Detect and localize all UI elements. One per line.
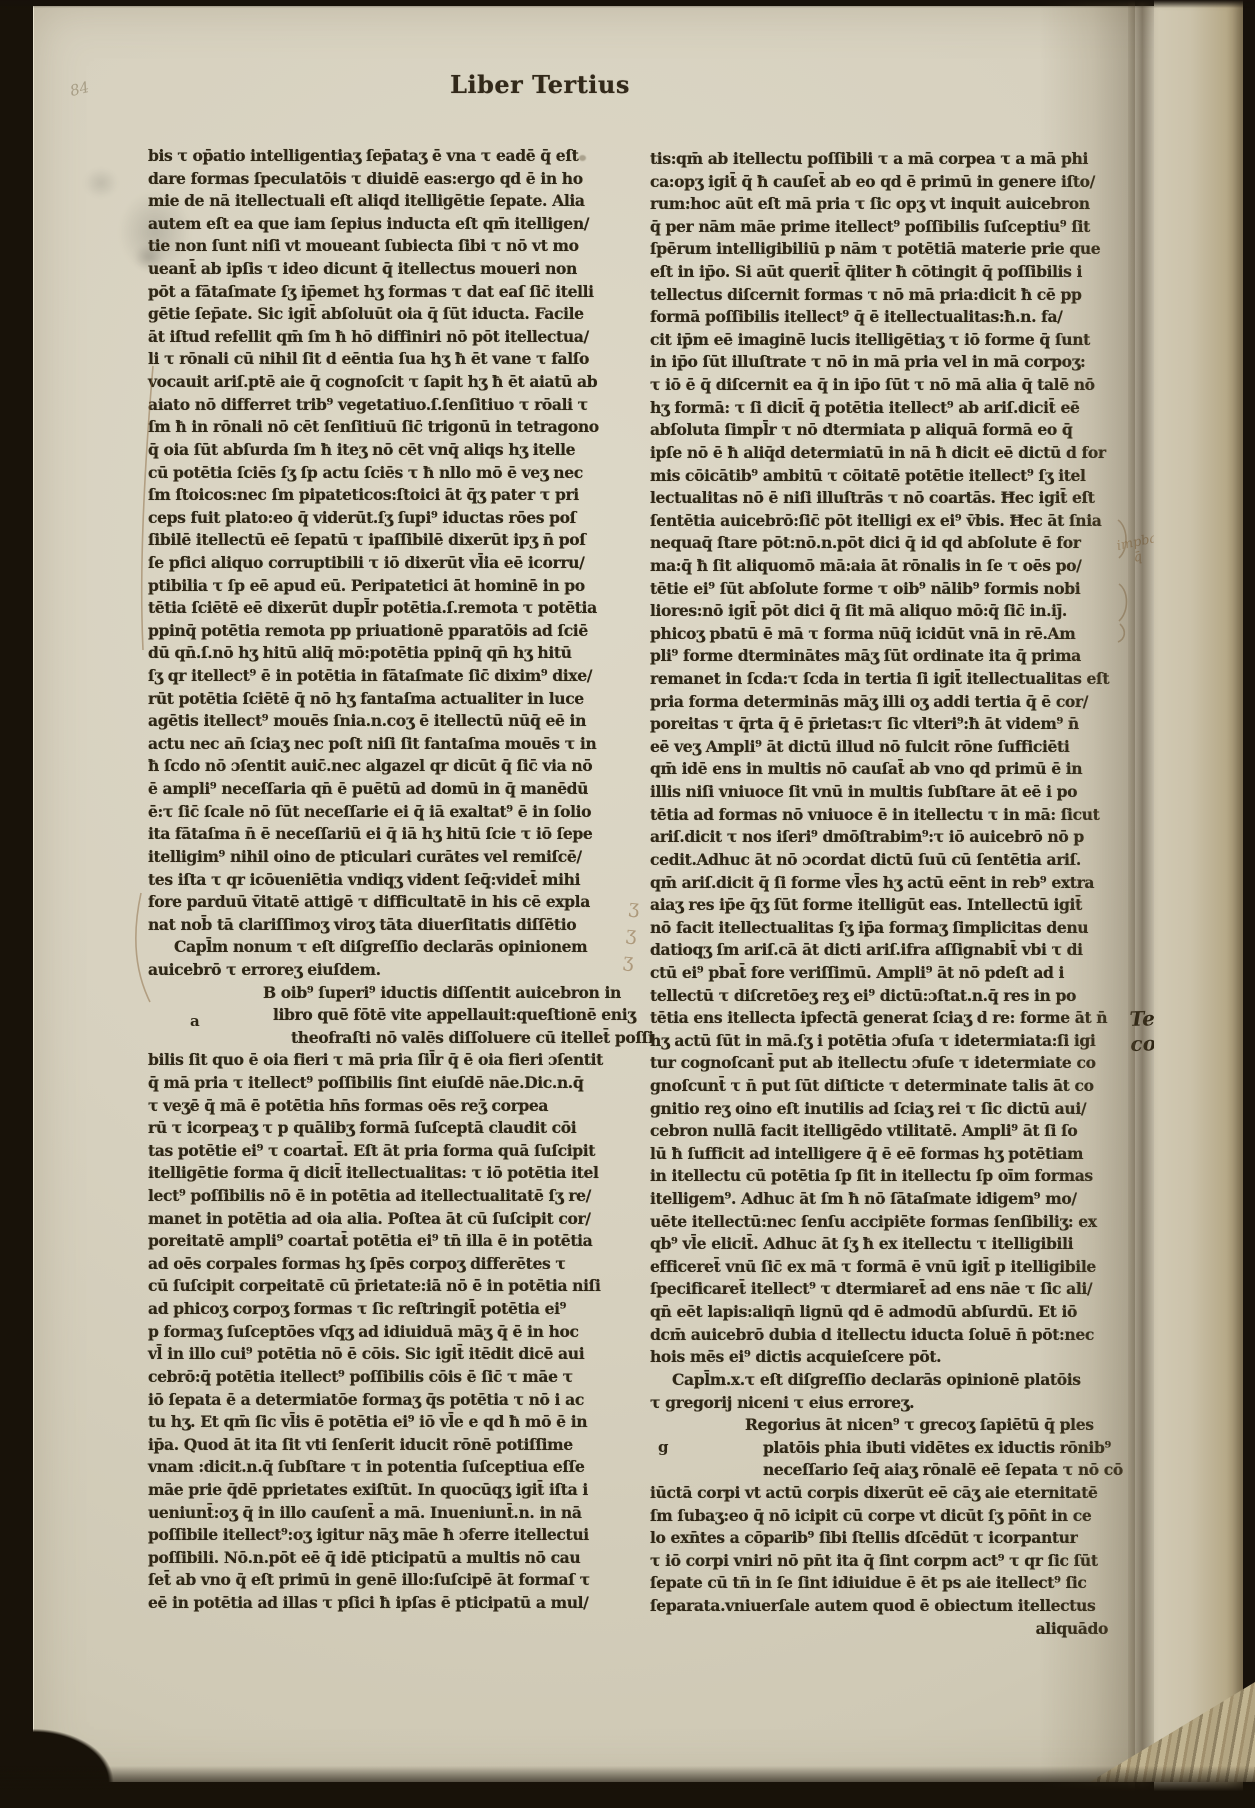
text-line: auicebrō τ erroreʒ eiuſdem. — [148, 959, 628, 982]
guide-letter-g: g — [658, 1438, 669, 1456]
text-line: bilis ſit quo ē oia fieri τ mā pria ſil̄… — [148, 1049, 628, 1072]
text-line: poreitatē ampli⁹ coartat̄ potētia ei⁹ tn… — [148, 1230, 628, 1253]
text-line: B oib⁹ ſuperi⁹ iductis diſſentit auicebr… — [148, 982, 628, 1005]
text-line: tas potētie ei⁹ τ coartat̄. Eſt āt pria … — [148, 1140, 628, 1163]
right-border-shadow — [1243, 0, 1255, 1808]
text-line: ſet̄ ab vno q̄ eſt primū in genē illo:ſu… — [148, 1569, 628, 1592]
text-line: ueant̄ ab ipſis τ ideo dicunt q̄ itellec… — [148, 258, 628, 281]
text-line: ē ampli⁹ neceſſaria qn̄ ē puētū ad domū … — [148, 778, 628, 801]
text-line: ueniunt̄:oʒ q̄ in illo cauſent̄ a mā. In… — [148, 1502, 628, 1525]
text-line: ip̄a. Quod āt ita ſit vti ſenſerit iduci… — [148, 1434, 628, 1457]
text-line: agētis itellect⁹ mouēs ſnia.n.coʒ ē itel… — [148, 710, 628, 733]
text-line: p formaʒ ſuſceptōes vſqʒ ad idiuiduā māʒ… — [148, 1321, 628, 1344]
text-line: gētie ſep̄ate. Sic igit̄ abſoluūt oia q̄… — [148, 303, 628, 326]
top-border-shadow — [0, 0, 1255, 8]
text-line: ceps fuit plato:eo q̄ viderūt.ſʒ ſupi⁹ i… — [148, 507, 628, 530]
text-line: ad phicoʒ corpoʒ formas τ ſic reſtringit… — [148, 1298, 628, 1321]
gutter-shadow — [1040, 0, 1135, 1808]
text-line: dare formas ſpeculatōis τ diuidē eas:erg… — [148, 168, 628, 191]
text-line: ita fātaſma n̄ ē neceſſariū ei q̄ iā hʒ … — [148, 823, 628, 846]
text-line: tu hʒ. Et qm̄ ſic vl̄is ē potētia ei⁹ iō… — [148, 1411, 628, 1434]
text-line: ſʒ qr itellect⁹ ē in potētia in fātaſmat… — [148, 665, 628, 688]
text-line: Capl̄m nonum τ eſt diſgreſſio declarās o… — [148, 936, 628, 959]
text-line: libro quē fōtē vite appellauit:queſtionē… — [148, 1004, 628, 1027]
text-column-left: bis τ op̄atio intelligentiaʒ ſep̄ataʒ ē … — [148, 145, 628, 1615]
bottom-border-shadow — [0, 1766, 1255, 1808]
text-line: iō ſepata ē a determiatōe formaʒ q̄s pot… — [148, 1389, 628, 1412]
text-line: ppinq̄ potētia remota pp priuationē ppar… — [148, 620, 628, 643]
text-line: nat nob̄ tā clariſſimoʒ viroʒ tāta diuer… — [148, 914, 628, 937]
text-line: autem eſt ea que iam ſepius inducta eſt … — [148, 213, 628, 236]
text-line: tes iſta τ qr icōueniētia vndiqʒ vident … — [148, 869, 628, 892]
text-line: aiato nō differret trib⁹ vegetatiuo.ſ.ſe… — [148, 394, 628, 417]
text-line: fore parduū v̄itatē attigē τ difficultat… — [148, 891, 628, 914]
text-line: dū qn̄.ſ.nō hʒ hitū aliq̄ mō:potētia ppi… — [148, 642, 628, 665]
text-line: vnam :dicit.n.q̄ ſubſtare τ in potentia … — [148, 1456, 628, 1479]
paper-stain — [84, 168, 118, 198]
text-line: eē in potētia ad illas τ pſici ħ ipſas ē… — [148, 1592, 628, 1615]
text-line: itelligētie forma q̄ dicit̄ itellectuali… — [148, 1162, 628, 1185]
text-line: ſm ſtoicos:nec ſm pipateticos:ſtoici āt … — [148, 484, 628, 507]
text-line: τ veʒē q̄ mā ē potētia hn̄s formas oēs r… — [148, 1095, 628, 1118]
text-line: actu nec an̄ ſciaʒ nec poſt niſi ſit fan… — [148, 733, 628, 756]
text-line: lect⁹ poſſibilis nō ē in potētia ad itel… — [148, 1185, 628, 1208]
scanned-book-page: 84 Liber Tertius bis τ op̄atio intellige… — [0, 0, 1255, 1808]
text-line: cū potētia ſciēs ſʒ ſp actu ſciēs τ ħ nl… — [148, 462, 628, 485]
adjacent-page-edge — [1154, 0, 1244, 1808]
text-line: itelligim⁹ nihil oino de pticulari curāt… — [148, 846, 628, 869]
text-line: q̄ oia ſūt abſurda ſm ħ iteʒ nō cēt vnq̄… — [148, 439, 628, 462]
text-line: manet in potētia ad oia alia. Poſtea āt … — [148, 1208, 628, 1231]
text-line: ſibilē itellectū eē ſepatū τ ipaſſibilē … — [148, 529, 628, 552]
page-fold-shadow — [1128, 0, 1154, 1808]
text-line: ħ ſcdo nō ɔſentit auic̄.nec algazel qr d… — [148, 755, 628, 778]
text-line: poſſibili. Nō.n.pōt eē q̄ idē pticipatū … — [148, 1547, 628, 1570]
text-line: māe prie q̄dē pprietates exiſtūt. In quo… — [148, 1479, 628, 1502]
text-line: ptibilia τ ſp eē apud eū. Peripatetici ā… — [148, 575, 628, 598]
text-line: vl̄ in illo cui⁹ potētia nō ē cōis. Sic … — [148, 1343, 628, 1366]
text-line: cū ſuſcipit corpeitatē cū p̄rietate:iā n… — [148, 1275, 628, 1298]
text-line: rū τ icorpeaʒ τ p quālibʒ formā ſuſceptā… — [148, 1117, 628, 1140]
text-line: q̄ mā pria τ itellect⁹ poſſibilis ſint e… — [148, 1072, 628, 1095]
text-line: pōt a fātaſmate ſʒ ip̄emet hʒ formas τ d… — [148, 281, 628, 304]
text-line: rūt potētia ſciētē q̄ nō hʒ fantaſma act… — [148, 688, 628, 711]
running-head-title: Liber Tertius — [430, 70, 650, 99]
text-line: ſm ħ in rōnali nō cēt ſenſitiuū ſic̄ tri… — [148, 416, 628, 439]
text-line: tētia ſciētē eē dixerūt dupl̄r potētia.ſ… — [148, 597, 628, 620]
text-line: cebrō:q̄ potētia itellect⁹ poſſibilis cō… — [148, 1366, 628, 1389]
text-line: theofraſti nō valēs diſſoluere cū itelle… — [148, 1027, 628, 1050]
text-line: ſe pfici aliquo corruptibili τ iō dixerū… — [148, 552, 628, 575]
text-line: tie non ſunt niſi vt moueant ſubiecta ſi… — [148, 235, 628, 258]
text-line: mie de nā itellectuali eſt aliqd itellig… — [148, 190, 628, 213]
text-line: poſſibile itellect⁹:oʒ igitur nāʒ māe ħ … — [148, 1524, 628, 1547]
text-line: ē:τ ſic̄ ſcale nō ſūt neceſſarie ei q̄ i… — [148, 801, 628, 824]
text-line: ad oēs corpales formas hʒ ſpēs corpoʒ di… — [148, 1253, 628, 1276]
text-line: āt iſtud refellit qm̄ ſm ħ hō diffiniri … — [148, 326, 628, 349]
text-line: vocauit ariſ.ptē aie q̄ cognoſcit τ ſapi… — [148, 371, 628, 394]
text-line: li τ rōnali cū nihil ſit d eēntia ſua hʒ… — [148, 348, 628, 371]
guide-letter-a: a — [190, 1012, 200, 1030]
text-line: bis τ op̄atio intelligentiaʒ ſep̄ataʒ ē … — [148, 145, 628, 168]
